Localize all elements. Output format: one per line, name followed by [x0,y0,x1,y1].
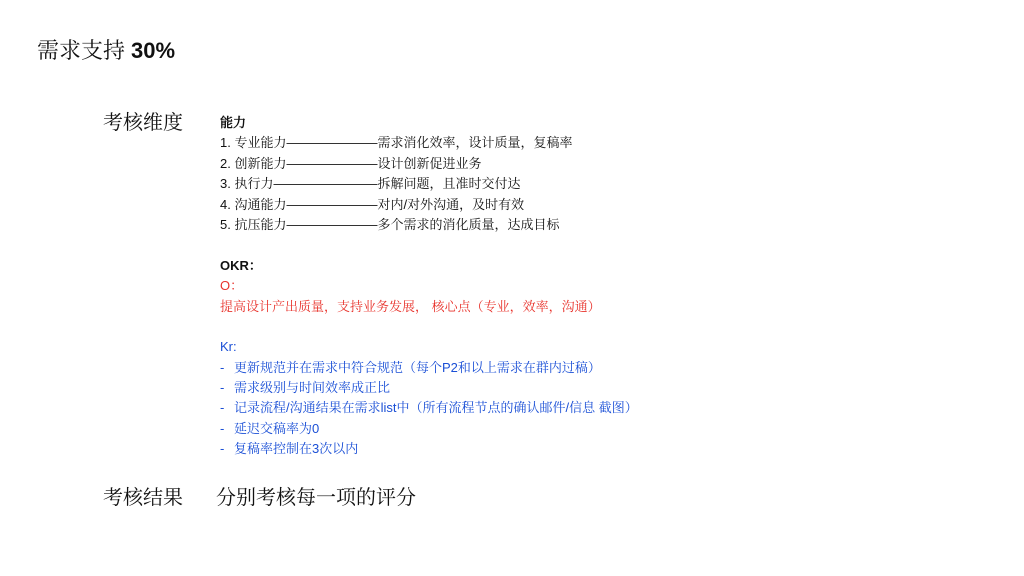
okr-heading: OKR： [220,256,638,276]
ability-item: 3. 执行力————————拆解问题，且准时交付达 [220,174,638,194]
spacer [220,235,638,255]
kr-item: -记录流程/沟通结果在需求list中（所有流程节点的确认邮件/信息 截图） [220,398,638,418]
kr-dash: - [220,439,234,459]
objective-text: 提高设计产出质量，支持业务发展， 核心点（专业，效率，沟通） [220,297,638,317]
kr-item-text: 更新规范并在需求中符合规范（每个P2和以上需求在群内过稿） [234,360,601,375]
kr-item: -复稿率控制在3次以内 [220,439,638,459]
result-label: 考核结果 [103,484,183,512]
slide-title: 需求支持30% [37,36,175,66]
slide-title-percent: 30% [131,38,175,63]
kr-dash: - [220,419,234,439]
result-text: 分别考核每一项的评分 [216,484,416,512]
spacer [220,317,638,337]
slide-title-text: 需求支持 [37,38,125,63]
objective-label: O： [220,276,638,296]
kr-item-text: 记录流程/沟通结果在需求list中（所有流程节点的确认邮件/信息 截图） [234,400,638,415]
kr-dash: - [220,378,234,398]
ability-item: 4. 沟通能力———————对内/对外沟通，及时有效 [220,195,638,215]
kr-item: -延迟交稿率为0 [220,419,638,439]
kr-dash: - [220,398,234,418]
kr-item-text: 延迟交稿率为0 [234,421,319,436]
dimensions-label: 考核维度 [103,109,183,137]
kr-label: Kr: [220,337,638,357]
ability-item: 2. 创新能力———————设计创新促进业务 [220,154,638,174]
kr-item: -需求级别与时间效率成正比 [220,378,638,398]
ability-heading: 能力 [220,113,638,133]
dimensions-content: 能力 1. 专业能力———————需求消化效率，设计质量，复稿率 2. 创新能力… [220,113,638,460]
kr-item-text: 需求级别与时间效率成正比 [234,380,390,395]
ability-item: 1. 专业能力———————需求消化效率，设计质量，复稿率 [220,133,638,153]
kr-item-text: 复稿率控制在3次以内 [234,441,358,456]
kr-item: -更新规范并在需求中符合规范（每个P2和以上需求在群内过稿） [220,358,638,378]
ability-item: 5. 抗压能力———————多个需求的消化质量，达成目标 [220,215,638,235]
kr-dash: - [220,358,234,378]
